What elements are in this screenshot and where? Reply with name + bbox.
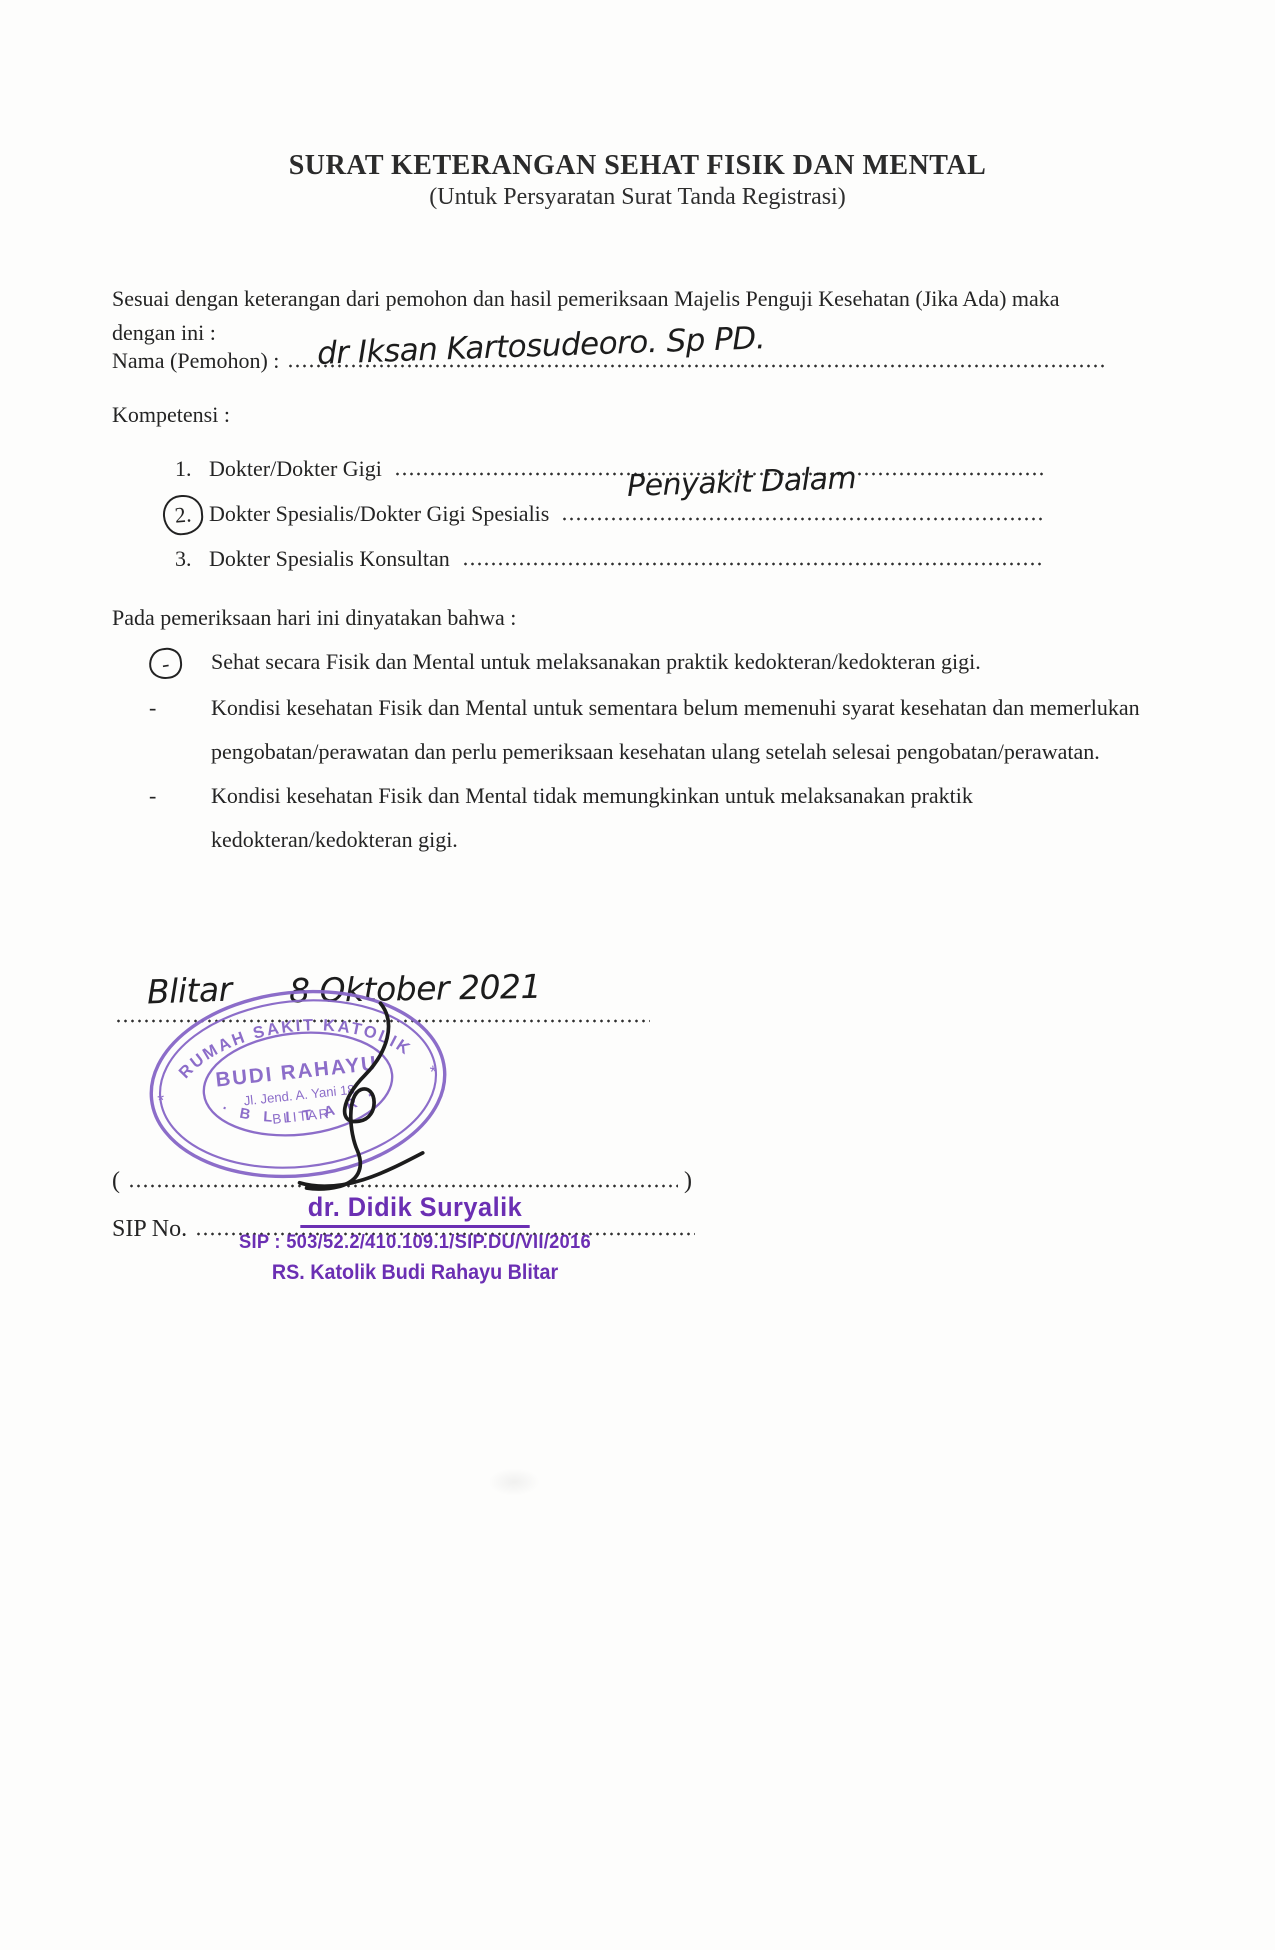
statement-row-unfit: - Kondisi kesehatan Fisik dan Mental tid… (143, 774, 1203, 862)
item-number: 2. (174, 501, 193, 528)
sip-label: SIP No. (112, 1216, 187, 1243)
doctor-sip-stamp: SIP : 503/52.2/410.109.1/SIP.DU/VII/2016 (218, 1231, 613, 1254)
statement-label: Pada pemeriksaan hari ini dinyatakan bah… (112, 605, 516, 631)
statement-text: Kondisi kesehatan Fisik dan Mental untuk… (211, 686, 1151, 774)
item-number: 3. (175, 546, 209, 572)
star-icon: * (157, 1090, 166, 1111)
kompetensi-label: Kompetensi : (112, 402, 230, 428)
document-subtitle: (Untuk Persyaratan Surat Tanda Registras… (0, 184, 1275, 211)
doctor-name-stamp: dr. Didik Suryalik (300, 1192, 529, 1228)
kompetensi-item-3: 3. Dokter Spesialis Konsultan (175, 538, 1043, 572)
statement-list: - Sehat secara Fisik dan Mental untuk me… (143, 640, 1203, 862)
item-dotted-line (561, 517, 1043, 521)
item-label: Dokter Spesialis Konsultan (209, 546, 450, 572)
doctor-hospital-stamp: RS. Katolik Budi Rahayu Blitar (218, 1261, 613, 1285)
kompetensi-handwritten-value: Penyakit Dalam (626, 461, 856, 504)
statement-row-healthy: - Sehat secara Fisik dan Mental untuk me… (143, 640, 1203, 686)
name-row: Nama (Pemohon) : dr Iksan Kartosudeoro. … (112, 338, 1105, 374)
statement-text: Sehat secara Fisik dan Mental untuk mela… (211, 640, 1151, 684)
close-paren: ) (684, 1168, 692, 1195)
handdrawn-circle-mark: 2. (161, 493, 204, 536)
signature-scribble (292, 998, 432, 1196)
scan-smudge-artifact (488, 1468, 540, 1496)
name-label: Nama (Pemohon) : (112, 348, 279, 374)
item-number: 1. (175, 456, 209, 482)
statement-marker: - (143, 686, 211, 730)
item-label: Dokter/Dokter Gigi (209, 456, 382, 482)
item-dotted-line (462, 562, 1043, 566)
statement-row-temporary: - Kondisi kesehatan Fisik dan Mental unt… (143, 686, 1203, 774)
kompetensi-item-2: 2. Dokter Spesialis/Dokter Gigi Spesiali… (175, 493, 1043, 527)
handdrawn-circled-dash: - (147, 646, 184, 681)
item-label: Dokter Spesialis/Dokter Gigi Spesialis (209, 501, 549, 527)
statement-marker: - (143, 774, 211, 818)
statement-text: Kondisi kesehatan Fisik dan Mental tidak… (211, 774, 1151, 862)
open-paren: ( (112, 1168, 120, 1195)
document-title: SURAT KETERANGAN SEHAT FISIK DAN MENTAL (0, 150, 1275, 182)
scanned-letter-page: SURAT KETERANGAN SEHAT FISIK DAN MENTAL … (0, 0, 1275, 1950)
statement-marker: - (143, 640, 211, 686)
kompetensi-item-1: 1. Dokter/Dokter Gigi (175, 448, 1043, 482)
doctor-stamp-block: dr. Didik Suryalik SIP : 503/52.2/410.10… (218, 1192, 613, 1285)
